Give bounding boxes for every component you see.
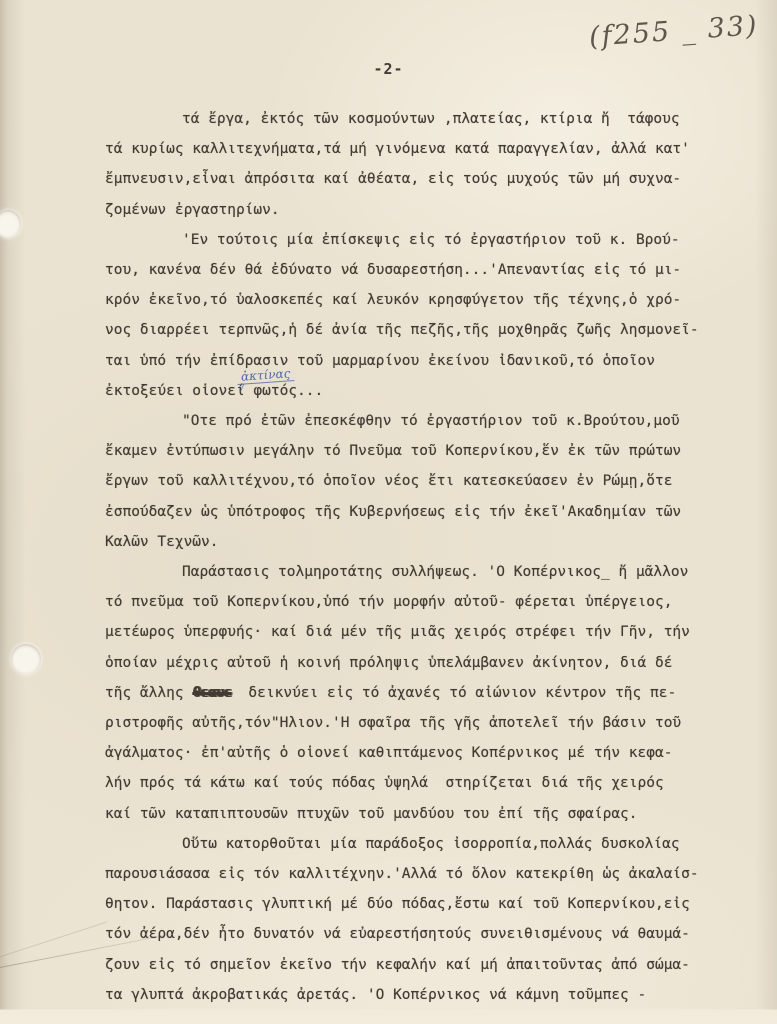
typescript-line: ἔμπνευσιν,εἶναι ἀπρόσιτα καί ἀθέατα, εἰς… [105,164,745,194]
punch-hole-bottom [11,644,41,674]
typescript-line: τῆς ἄλλης θεαυε δεικνύει εἰς τό ἀχανές τ… [105,678,745,708]
typed-text: ζομένων ἐργαστηρίων. [105,202,280,218]
typed-text: κρόν ἐκεῖνο,τό ὑαλοσκεπές καί λευκόν κρη… [105,292,681,308]
typescript-line: του, κανένα δέν θά ἐδύνατο νά δυσαρεστήσ… [105,255,745,285]
typescript-line: καί τῶν καταπιπτουσῶν πτυχῶν τοῦ μανδύου… [105,799,745,829]
typescript-line: θητον. Παράστασις γλυπτική μέ δύο πόδας,… [105,889,745,919]
typed-text: Καλῶν Τεχνῶν. [105,534,219,550]
paragraph: τά ἔργα, ἐκτός τῶν κοσμούντων ,πλατείας,… [105,104,745,225]
paragraph: 'Εν τούτοις μία ἐπίσκεψις εἰς τό ἐργαστή… [105,225,745,406]
typed-text: ζουν εἰς τό σημεῖον ἐκεῖνο τήν κεφαλήν κ… [105,957,690,973]
typescript-line: 'Εν τούτοις μία ἐπίσκεψις εἰς τό ἐργαστή… [105,225,745,255]
typed-text: ἐκτοξεύει οἱονεί [105,383,253,399]
typescript-page: (f255 _ 33) -2- τά ἔργα, ἐκτός τῶν κοσμο… [0,0,777,1024]
typed-text: ριστροφῆς αὐτῆς,τόν"Ηλιον.'Η σφαῖρα τῆς … [105,715,681,731]
typescript-line: ὁποίαν μέχρις αὐτοῦ ἡ κοινή πρόληψις ὑπε… [105,648,745,678]
typed-text: δεικνύει εἰς τό ἀχανές τό αἰώνιον κέντρο… [231,685,676,701]
typed-text: τά ἔργα, ἐκτός τῶν κοσμούντων ,πλατείας,… [182,111,680,127]
typescript-line: τα γλυπτά ἀκροβατικάς ἀρετάς. 'Ο Κοπέρνι… [105,980,745,1010]
typescript-line: ἐσπούδαζεν ὡς ὑπότροφος τῆς Κυβερνήσεως … [105,497,745,527]
typescript-line: ἔκαμεν ἐντύπωσιν μεγάλην τό Πνεῦμα τοῦ Κ… [105,436,745,466]
struck-out-word: θεαυε [192,685,231,701]
typed-text: λήν πρός τά κάτω καί τούς πόδας ὑψηλά στ… [105,775,664,791]
typed-text: ὁποίαν μέχρις αὐτοῦ ἡ κοινή πρόληψις ὑπε… [105,655,672,671]
typescript-line: λήν πρός τά κάτω καί τούς πόδας ὑψηλά στ… [105,768,745,798]
typed-text: Παράστασις τολμηροτάτης συλλήψεως. 'Ο Κο… [182,564,688,580]
typed-text: τῆς ἄλλης [105,685,192,701]
typed-text: μετέωρος ὑπερφυής· καί διά μέν τῆς μιᾶς … [105,624,690,640]
typed-text: Οὕτω κατορθοῦται μία παράδοξος ἰσορροπία… [182,836,680,852]
typed-text: ται ὑπό τήν ἐπίδρασιν τοῦ μαρμαρίνου ἐκε… [105,353,655,369]
paper-crease-secondary [0,921,107,959]
typed-text: τά κυρίως καλλιτεχνήματα,τά μή γινόμενα … [105,141,690,157]
typed-text: τόν ἀέρα,δέν ἦτο δυνατόν νά εὐαρεστήσητο… [105,926,690,942]
page-number: -2- [0,60,777,78]
typescript-line: ἔργων τοῦ καλλιτέχνου,τό ὁποῖον νέος ἔτι… [105,466,745,496]
typed-text: ἔκαμεν ἐντύπωσιν μεγάλην τό Πνεῦμα τοῦ Κ… [105,443,681,459]
typescript-line: ριστροφῆς αὐτῆς,τόν"Ηλιον.'Η σφαῖρα τῆς … [105,708,745,738]
typed-text: τα γλυπτά ἀκροβατικάς ἀρετάς. 'Ο Κοπέρνι… [105,987,646,1003]
archival-reference-note: (f255 _ 33) [589,10,760,53]
typescript-line: νος διαρρέει τερπνῶς,ἡ δέ ἀνία τῆς πεζῆς… [105,315,745,345]
typescript-text: τά ἔργα, ἐκτός τῶν κοσμούντων ,πλατείας,… [105,104,745,1010]
typescript-line: ζομένων ἐργαστηρίων. [105,195,745,225]
typescript-line: ζουν εἰς τό σημεῖον ἐκεῖνο τήν κεφαλήν κ… [105,950,745,980]
typed-text: "Οτε πρό ἐτῶν ἐπεσκέφθην τό ἐργαστήριον … [182,413,680,429]
typed-text: καί τῶν καταπιπτουσῶν πτυχῶν τοῦ μανδύου… [105,806,638,822]
typescript-line: Οὕτω κατορθοῦται μία παράδοξος ἰσορροπία… [105,829,745,859]
typed-text: του, κανένα δέν θά ἐδύνατο νά δυσαρεστήσ… [105,262,681,278]
typed-text: παρουσιάσασα εἰς τόν καλλιτέχνην.'Αλλά τ… [105,866,699,882]
typed-text: νος διαρρέει τερπνῶς,ἡ δέ ἀνία τῆς πεζῆς… [105,322,699,338]
typescript-line: τόν ἀέρα,δέν ἦτο δυνατόν νά εὐαρεστήσητο… [105,919,745,949]
paragraph: Παράστασις τολμηροτάτης συλλήψεως. 'Ο Κο… [105,557,745,829]
typescript-line: ται ὑπό τήν ἐπίδρασιν τοῦ μαρμαρίνου ἐκε… [105,346,745,376]
typed-text: 'Εν τούτοις μία ἐπίσκεψις εἰς τό ἐργαστή… [182,232,680,248]
annotated-word: ἀκτίναςφωτός... [253,376,323,406]
typescript-line: ἀγάλματος· ἐπ'αὐτῆς ὁ οἱονεί καθιπτάμενο… [105,738,745,768]
typed-text: θητον. Παράστασις γλυπτική μέ δύο πόδας,… [105,896,690,912]
typescript-line: τά κυρίως καλλιτεχνήματα,τά μή γινόμενα … [105,134,745,164]
typescript-line: κρόν ἐκεῖνο,τό ὑαλοσκεπές καί λευκόν κρη… [105,285,745,315]
typed-text: τό πνεῦμα τοῦ Κοπερνίκου,ὑπό τήν μορφήν … [105,594,672,610]
typescript-line: Παράστασις τολμηροτάτης συλλήψεως. 'Ο Κο… [105,557,745,587]
typed-text: ἔμπνευσιν,εἶναι ἀπρόσιτα καί ἀθέατα, εἰς… [105,171,681,187]
typed-text: ἀγάλματος· ἐπ'αὐτῆς ὁ οἱονεί καθιπτάμενο… [105,745,672,761]
typescript-line: τά ἔργα, ἐκτός τῶν κοσμούντων ,πλατείας,… [105,104,745,134]
paragraph: "Οτε πρό ἐτῶν ἐπεσκέφθην τό ἐργαστήριον … [105,406,745,557]
typescript-line: Καλῶν Τεχνῶν. [105,527,745,557]
typed-text: ἔργων τοῦ καλλιτέχνου,τό ὁποῖον νέος ἔτι… [105,473,672,489]
typed-word: φωτός... [253,383,323,399]
typescript-line: "Οτε πρό ἐτῶν ἐπεσκέφθην τό ἐργαστήριον … [105,406,745,436]
typescript-line: παρουσιάσασα εἰς τόν καλλιτέχνην.'Αλλά τ… [105,859,745,889]
typed-text: ἐσπούδαζεν ὡς ὑπότροφος τῆς Κυβερνήσεως … [105,504,681,520]
punch-hole-top [0,210,21,238]
paragraph: Οὕτω κατορθοῦται μία παράδοξος ἰσορροπία… [105,829,745,1010]
typescript-line: ἐκτοξεύει οἱονεί ἀκτίναςφωτός... [105,376,745,406]
typescript-line: μετέωρος ὑπερφυής· καί διά μέν τῆς μιᾶς … [105,617,745,647]
typescript-line: τό πνεῦμα τοῦ Κοπερνίκου,ὑπό τήν μορφήν … [105,587,745,617]
